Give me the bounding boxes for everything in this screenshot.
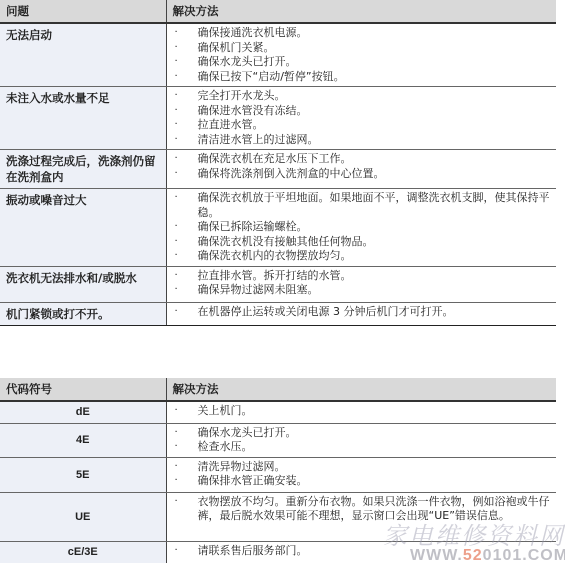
table-header-row: 问题 解决方法 bbox=[0, 0, 556, 23]
solution-item: ·确保排水管正确安装。 bbox=[173, 474, 551, 489]
bullet-icon: · bbox=[173, 426, 198, 441]
bullet-icon: · bbox=[173, 305, 198, 320]
watermark-text: 家电维修资料网 bbox=[383, 516, 565, 551]
solution-cell: ·清洗异物过滤网。 ·确保排水管正确安装。 bbox=[166, 457, 556, 492]
solution-item: ·拉直进水管。 bbox=[173, 118, 551, 133]
solution-item: ·确保洗衣机没有接触其他任何物品。 bbox=[173, 235, 551, 250]
header-solution: 解决方法 bbox=[166, 0, 556, 23]
problem-cell: 振动或噪音过大 bbox=[0, 189, 166, 267]
solution-item: ·确保洗衣机内的衣物摆放均匀。 bbox=[173, 249, 551, 264]
error-code-cell: dE bbox=[0, 401, 166, 423]
bullet-icon: · bbox=[173, 249, 198, 264]
solution-item: ·清洁进水管上的过滤网。 bbox=[173, 133, 551, 148]
solution-item: ·关上机门。 bbox=[173, 404, 551, 419]
error-code-cell: UE bbox=[0, 492, 166, 541]
solution-cell: ·在机器停止运转或关闭电源 3 分钟后机门才可打开。 bbox=[166, 302, 556, 325]
solution-item: ·完全打开水龙头。 bbox=[173, 89, 551, 104]
solution-item: ·确保将洗涤剂倒入洗剂盒的中心位置。 bbox=[173, 167, 551, 182]
solution-cell: ·拉直排水管。拆开打结的水管。 ·确保异物过滤网未阻塞。 bbox=[166, 266, 556, 302]
table-row: 无法启动 ·确保接通洗衣机电源。 ·确保机门关紧。 ·确保水龙头已打开。 ·确保… bbox=[0, 23, 556, 87]
error-code-cell: 4E bbox=[0, 423, 166, 457]
bullet-icon: · bbox=[173, 70, 198, 85]
solution-item: ·拉直排水管。拆开打结的水管。 bbox=[173, 269, 551, 284]
bullet-icon: · bbox=[173, 495, 198, 524]
bullet-icon: · bbox=[173, 474, 198, 489]
bullet-icon: · bbox=[173, 118, 198, 133]
table-header-row: 代码符号 解决方法 bbox=[0, 378, 556, 401]
solution-item: ·清洗异物过滤网。 bbox=[173, 460, 551, 475]
bullet-icon: · bbox=[173, 235, 198, 250]
table-row: 机门紧锁或打不开。 ·在机器停止运转或关闭电源 3 分钟后机门才可打开。 bbox=[0, 302, 556, 325]
bullet-icon: · bbox=[173, 440, 198, 455]
solution-item: ·在机器停止运转或关闭电源 3 分钟后机门才可打开。 bbox=[173, 305, 551, 320]
solution-item: ·确保水龙头已打开。 bbox=[173, 426, 551, 441]
troubleshooting-table: 问题 解决方法 无法启动 ·确保接通洗衣机电源。 ·确保机门关紧。 ·确保水龙头… bbox=[0, 0, 556, 326]
solution-item: ·确保接通洗衣机电源。 bbox=[173, 26, 551, 41]
bullet-icon: · bbox=[173, 41, 198, 56]
bullet-icon: · bbox=[173, 283, 198, 298]
table-row: 4E ·确保水龙头已打开。 ·检查水压。 bbox=[0, 423, 556, 457]
solution-cell: ·确保水龙头已打开。 ·检查水压。 bbox=[166, 423, 556, 457]
bullet-icon: · bbox=[173, 404, 198, 419]
table-row: 5E ·清洗异物过滤网。 ·确保排水管正确安装。 bbox=[0, 457, 556, 492]
problem-cell: 未注入水或水量不足 bbox=[0, 87, 166, 150]
bullet-icon: · bbox=[173, 191, 198, 220]
bullet-icon: · bbox=[173, 55, 198, 70]
problem-cell: 无法启动 bbox=[0, 23, 166, 87]
bullet-icon: · bbox=[173, 104, 198, 119]
solution-item: ·确保洗衣机在充足水压下工作。 bbox=[173, 152, 551, 167]
bullet-icon: · bbox=[173, 167, 198, 182]
solution-item: ·确保异物过滤网未阻塞。 bbox=[173, 283, 551, 298]
problem-cell: 洗衣机无法排水和/或脱水 bbox=[0, 266, 166, 302]
solution-item: ·确保洗衣机放于平坦地面。如果地面不平，调整洗衣机支脚，使其保持平稳。 bbox=[173, 191, 551, 220]
solution-item: ·确保进水管没有冻结。 bbox=[173, 104, 551, 119]
problem-cell: 机门紧锁或打不开。 bbox=[0, 302, 166, 325]
bullet-icon: · bbox=[173, 133, 198, 148]
header-solution: 解决方法 bbox=[166, 378, 556, 401]
problem-cell: 洗涤过程完成后，洗涤剂仍留在洗剂盒内 bbox=[0, 150, 166, 189]
bullet-icon: · bbox=[173, 89, 198, 104]
solution-item: ·检查水压。 bbox=[173, 440, 551, 455]
bullet-icon: · bbox=[173, 220, 198, 235]
watermark-url: WWW.520101.COM bbox=[410, 547, 565, 563]
table-row: 洗涤过程完成后，洗涤剂仍留在洗剂盒内 ·确保洗衣机在充足水压下工作。 ·确保将洗… bbox=[0, 150, 556, 189]
header-problem: 问题 bbox=[0, 0, 166, 23]
solution-cell: ·确保洗衣机放于平坦地面。如果地面不平，调整洗衣机支脚，使其保持平稳。 ·确保已… bbox=[166, 189, 556, 267]
solution-item: ·确保已按下“启动/暂停”按钮。 bbox=[173, 70, 551, 85]
bullet-icon: · bbox=[173, 544, 198, 559]
solution-cell: ·关上机门。 bbox=[166, 401, 556, 423]
solution-cell: ·确保接通洗衣机电源。 ·确保机门关紧。 ·确保水龙头已打开。 ·确保已按下“启… bbox=[166, 23, 556, 87]
table-row: dE ·关上机门。 bbox=[0, 401, 556, 423]
header-code: 代码符号 bbox=[0, 378, 166, 401]
error-code-cell: 5E bbox=[0, 457, 166, 492]
solution-cell: ·完全打开水龙头。 ·确保进水管没有冻结。 ·拉直进水管。 ·清洁进水管上的过滤… bbox=[166, 87, 556, 150]
bullet-icon: · bbox=[173, 460, 198, 475]
table-row: 洗衣机无法排水和/或脱水 ·拉直排水管。拆开打结的水管。 ·确保异物过滤网未阻塞… bbox=[0, 266, 556, 302]
table-row: 振动或噪音过大 ·确保洗衣机放于平坦地面。如果地面不平，调整洗衣机支脚，使其保持… bbox=[0, 189, 556, 267]
solution-item: ·确保水龙头已打开。 bbox=[173, 55, 551, 70]
error-code-cell: cE/3E bbox=[0, 541, 166, 563]
bullet-icon: · bbox=[173, 26, 198, 41]
solution-item: ·确保已拆除运输螺栓。 bbox=[173, 220, 551, 235]
bullet-icon: · bbox=[173, 269, 198, 284]
solution-cell: ·确保洗衣机在充足水压下工作。 ·确保将洗涤剂倒入洗剂盒的中心位置。 bbox=[166, 150, 556, 189]
table-row: 未注入水或水量不足 ·完全打开水龙头。 ·确保进水管没有冻结。 ·拉直进水管。 … bbox=[0, 87, 556, 150]
solution-item: ·确保机门关紧。 bbox=[173, 41, 551, 56]
bullet-icon: · bbox=[173, 152, 198, 167]
